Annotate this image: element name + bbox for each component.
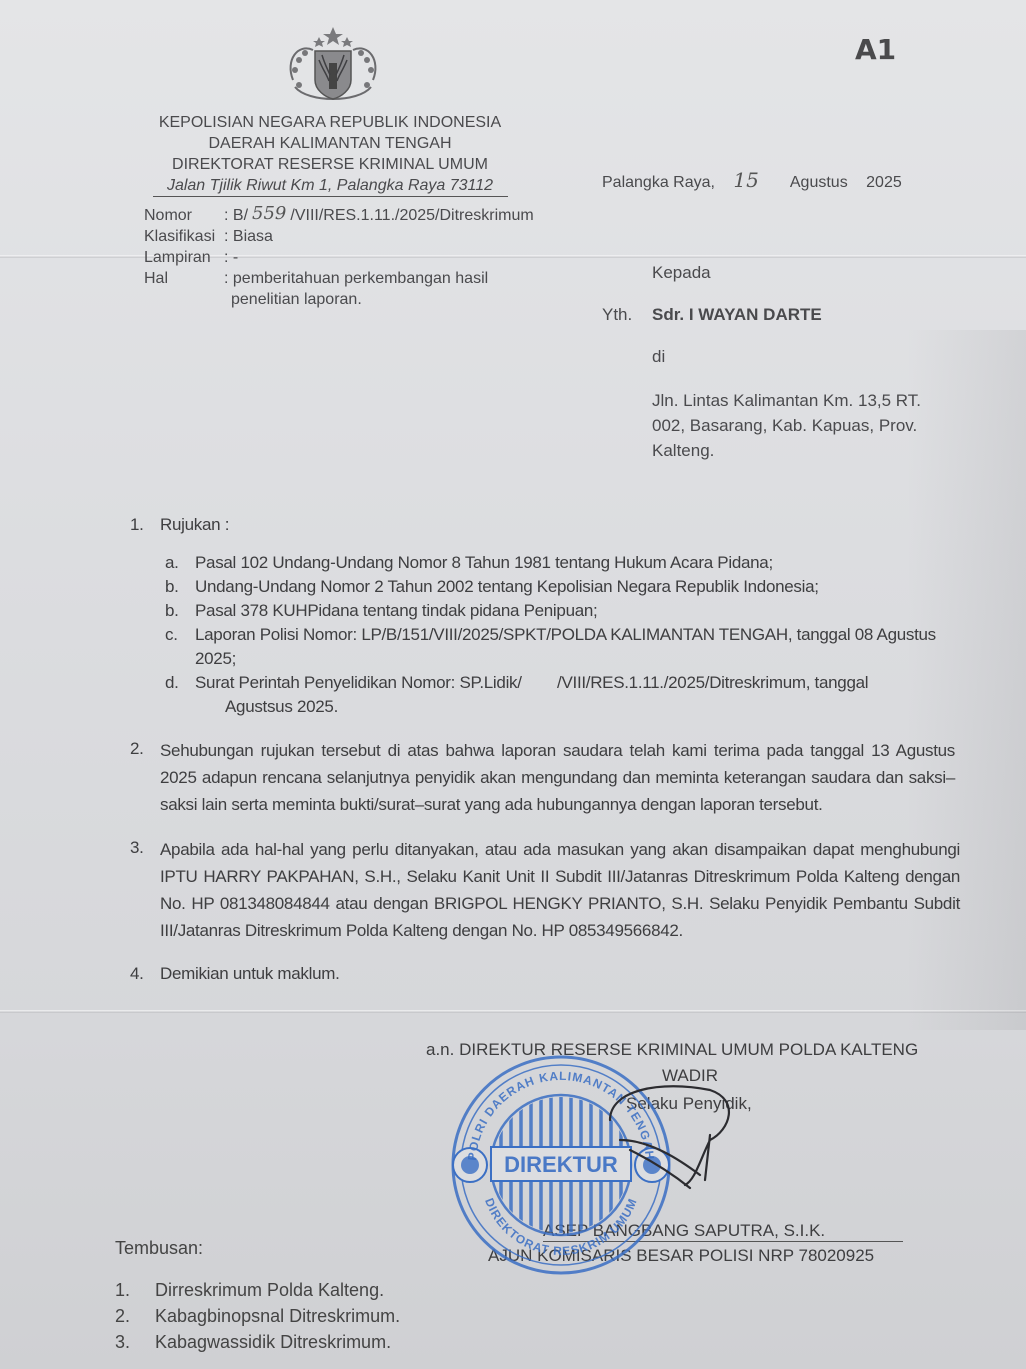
tembusan-number: 2.: [115, 1303, 155, 1329]
rujukan-item: b. Undang-Undang Nomor 2 Tahun 2002 tent…: [165, 575, 960, 599]
letterhead-address: Jalan Tjilik Riwut Km 1, Palangka Raya 7…: [153, 175, 508, 197]
paragraph-3: Apabila ada hal-hal yang perlu ditanyaka…: [160, 836, 960, 944]
place: Palangka Raya,: [602, 174, 715, 192]
letterhead-line: DAERAH KALIMANTAN TENGAH: [140, 133, 520, 154]
letter-body: 1. Rujukan : a. Pasal 102 Undang-Undang …: [130, 513, 960, 986]
tembusan-text: Kabagbinopsnal Ditreskrimum.: [155, 1303, 400, 1329]
paragraph-number: 4.: [130, 962, 160, 986]
rujukan-title: Rujukan :: [160, 513, 229, 537]
recipient-address: Jln. Lintas Kalimantan Km. 13,5 RT. 002,…: [652, 388, 921, 463]
tembusan-block: Tembusan: 1. Dirreskrimum Polda Kalteng.…: [115, 1235, 400, 1355]
recipient-block: Kepada Yth. Sdr. I WAYAN DARTE di Jln. L…: [602, 262, 921, 463]
day-handwritten: 15: [733, 168, 775, 192]
nomor-suffix: /VIII/RES.1.11./2025/Ditreskrimum: [290, 205, 533, 226]
polri-crest-icon: [283, 25, 383, 110]
paragraph-number: 1.: [130, 513, 160, 537]
tembusan-number: 1.: [115, 1277, 155, 1303]
recipient-name: Sdr. I WAYAN DARTE: [652, 304, 822, 326]
rujukan-text: Laporan Polisi Nomor: LP/B/151/VIII/2025…: [195, 623, 955, 671]
nomor-handwritten: 559: [252, 205, 286, 226]
lampiran-label: Lampiran: [144, 247, 224, 268]
tembusan-number: 3.: [115, 1329, 155, 1355]
nomor-label: Nomor: [144, 205, 224, 226]
address-line: Kalteng.: [652, 438, 921, 463]
tembusan-text: Kabagwassidik Ditreskrimum.: [155, 1329, 391, 1355]
rujukan-letter: b.: [165, 599, 195, 623]
month: Agustus: [790, 174, 848, 192]
corner-mark: A1: [855, 33, 896, 66]
rujukan-letter: c.: [165, 623, 195, 671]
rujukan-item: a. Pasal 102 Undang-Undang Nomor 8 Tahun…: [165, 551, 960, 575]
tembusan-item: 3. Kabagwassidik Ditreskrimum.: [115, 1329, 400, 1355]
yth-label: Yth.: [602, 304, 652, 326]
klasifikasi-value: : Biasa: [224, 226, 273, 247]
lampiran-value: : -: [224, 247, 238, 268]
letter-meta: Nomor : B/ 559 /VIII/RES.1.11./2025/Ditr…: [144, 205, 534, 310]
hal-value: : pemberitahuan perkembangan hasil: [224, 268, 488, 289]
rujukan-item: c. Laporan Polisi Nomor: LP/B/151/VIII/2…: [165, 623, 960, 671]
hal-label: Hal: [144, 268, 224, 289]
rujukan-letter: a.: [165, 551, 195, 575]
tembusan-title: Tembusan:: [115, 1235, 400, 1261]
tembusan-item: 2. Kabagbinopsnal Ditreskrimum.: [115, 1303, 400, 1329]
rujukan-letter: d.: [165, 671, 195, 695]
klasifikasi-label: Klasifikasi: [144, 226, 224, 247]
letterhead: KEPOLISIAN NEGARA REPUBLIK INDONESIA DAE…: [140, 112, 520, 197]
address-line: Jln. Lintas Kalimantan Km. 13,5 RT.: [652, 388, 921, 413]
rujukan-item: b. Pasal 378 KUHPidana tentang tindak pi…: [165, 599, 960, 623]
paragraph-number: 3.: [130, 836, 160, 944]
place-date: Palangka Raya, 15 Agustus 2025: [602, 168, 902, 192]
nomor-prefix: : B/: [224, 205, 248, 226]
di-label: di: [652, 346, 921, 368]
paragraph-number: 2.: [130, 737, 160, 818]
rujukan-text-cont: Agustsus 2025.: [225, 695, 960, 719]
rujukan-letter: b.: [165, 575, 195, 599]
letterhead-line: DIREKTORAT RESERSE KRIMINAL UMUM: [140, 154, 520, 175]
rujukan-text: Surat Perintah Penyelidikan Nomor: SP.Li…: [195, 671, 868, 695]
letterhead-line: KEPOLISIAN NEGARA REPUBLIK INDONESIA: [140, 112, 520, 133]
paragraph-4: Demikian untuk maklum.: [160, 962, 340, 986]
letter-page: A1 KEPOLISIAN NEGARA REPUBLIK INDONESIA …: [0, 0, 1026, 1369]
address-line: 002, Basarang, Kab. Kapuas, Prov.: [652, 413, 921, 438]
paper-fold: [0, 1010, 1026, 1013]
year: 2025: [866, 174, 902, 192]
tembusan-item: 1. Dirreskrimum Polda Kalteng.: [115, 1277, 400, 1303]
rujukan-text: Pasal 378 KUHPidana tentang tindak pidan…: [195, 599, 597, 623]
tembusan-text: Dirreskrimum Polda Kalteng.: [155, 1277, 384, 1303]
rujukan-text: Pasal 102 Undang-Undang Nomor 8 Tahun 19…: [195, 551, 773, 575]
rujukan-item: d. Surat Perintah Penyelidikan Nomor: SP…: [165, 671, 960, 695]
hal-value-cont: penelitian laporan.: [231, 289, 362, 310]
paragraph-2: Sehubungan rujukan tersebut di atas bahw…: [160, 737, 955, 818]
kepada-label: Kepada: [652, 262, 921, 284]
rujukan-text: Undang-Undang Nomor 2 Tahun 2002 tentang…: [195, 575, 819, 599]
handwritten-signature-icon: [600, 1080, 740, 1190]
